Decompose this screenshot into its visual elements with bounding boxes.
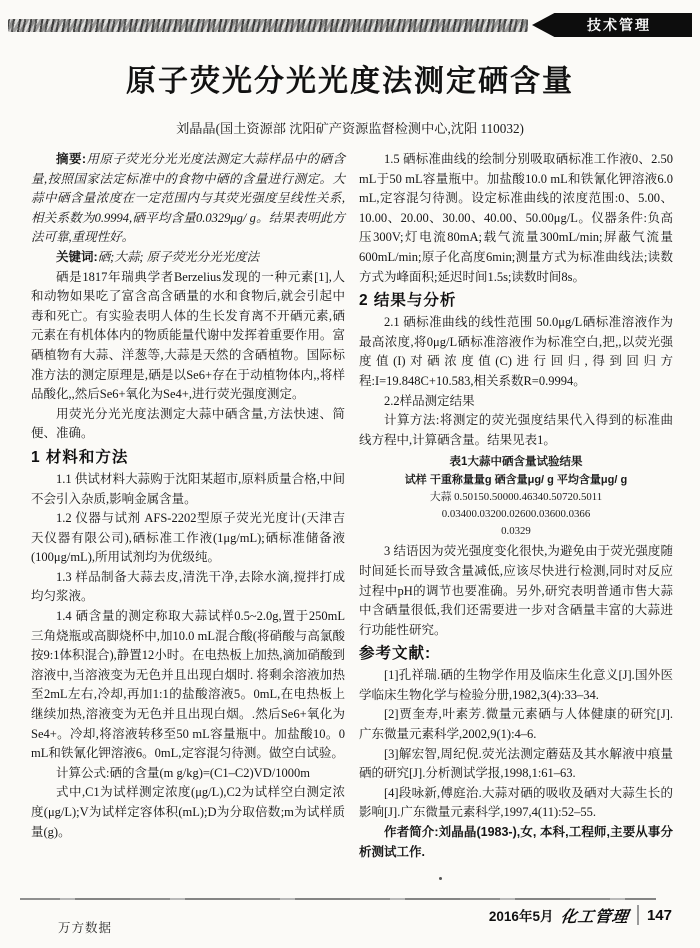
footer-journal-name: 化工管理 [560,904,631,927]
footer-rule [20,898,656,900]
right-column: 1.5 硒标准曲线的绘制分别吸取硒标准工作液0、2.50 mL于50 mL容量瓶… [359,150,673,862]
keywords-label: 关键词: [56,250,98,264]
paragraph-1-1: 1.1 供试材料大蒜购于沈阳某超市,原料质量合格,中间不会引入杂质,影响金属含量… [31,470,345,509]
paper-title: 原子荧光分光光度法测定硒含量 [0,56,700,100]
reference-3: [3]解宏智,周纪倪.荧光法测定蘑菇及其水解液中痕量硒的研究[J].分析测试学报… [359,745,673,784]
formula-line: 计算公式:硒的含量(m g/kg)=(C1–C2)VD/1000m [31,764,345,784]
scan-speck [439,877,442,880]
keywords: 关键词:硒;大蒜; 原子荧光分光光度法 [31,248,345,268]
formula-note: 式中,C1为试样测定浓度(μg/L),C2为试样空白测定浓度(μg/L);V为试… [31,783,345,842]
section-1-heading: 1 材料和方法 [31,446,345,469]
abstract-label: 摘要: [56,152,86,166]
column-badge-label: 技术管理 [587,15,651,35]
paragraph-1-2: 1.2 仪器与试剂 AFS-2202型原子荧光光度计(天津吉天仪器有限公司),硒… [31,509,345,568]
decorative-header-band [8,19,528,32]
paragraph-1-4: 1.4 硒含量的测定称取大蒜试样0.5~2.0g,置于250mL三角烧瓶或高脚烧… [31,607,345,764]
conclusion-paragraph: 3 结语因为荧光强度变化很快,为避免由于荧光强度随时间延长而导致含量减低,应该尽… [359,542,673,640]
table-1-caption: 表1大蒜中硒含量试验结果 [359,453,673,471]
keywords-text: 硒;大蒜; 原子荧光分光光度法 [98,250,259,264]
intro-paragraph-1: 硒是1817年瑞典学者Berzelius发现的一种元素[1],人和动物如果吃了富… [31,268,345,405]
section-2-heading: 2 结果与分析 [359,289,673,312]
footer-page-number: 147 [647,907,672,924]
author-affiliation: 刘晶晶(国土资源部 沈阳矿产资源监督检测中心,沈阳 110032) [0,118,700,137]
reference-2: [2]贾奎寿,叶素芳.微量元素硒与人体健康的研究[J]. 广东微量元素科学,20… [359,705,673,744]
two-column-body: 摘要:用原子荧光分光光度法测定大蒜样品中的硒含量,按照国家法定标准中的食物中硒的… [31,150,673,862]
footer-issue-date: 2016年5月 [489,905,554,925]
paragraph-2-2b: 计算方法:将测定的荧光强度结果代入得到的标准曲线方程中,计算硒含量。结果见表1。 [359,411,673,450]
reference-1: [1]孔祥瑞.硒的生物学作用及临床生化意义[J].国外医学临床生物化学与检验分册… [359,666,673,705]
intro-paragraph-2: 用荧光分光光度法测定大蒜中硒含量,方法快速、简便、准确。 [31,405,345,444]
abstract: 摘要:用原子荧光分光光度法测定大蒜样品中的硒含量,按照国家法定标准中的食物中硒的… [31,150,345,248]
reference-4: [4]段咏新,傅庭治.大蒜对硒的吸收及硒对大蒜生长的影响[J].广东微量元素科学… [359,784,673,823]
paragraph-1-5: 1.5 硒标准曲线的绘制分别吸取硒标准工作液0、2.50 mL于50 mL容量瓶… [359,150,673,287]
table-1-header-row: 试样 干重称量量g 硒含量μg/ g 平均含量μg/ g [359,471,673,489]
wanfang-watermark: 万方数据 [58,918,112,936]
references-heading: 参考文献: [359,642,673,665]
table-1-average-row: 0.0329 [359,523,673,540]
paper-page: 技术管理 原子荧光分光光度法测定硒含量 刘晶晶(国土资源部 沈阳矿产资源监督检测… [0,0,700,948]
column-badge: 技术管理 [532,13,692,37]
paragraph-2-2: 2.2样品测定结果 [359,392,673,412]
table-1: 表1大蒜中硒含量试验结果 试样 干重称量量g 硒含量μg/ g 平均含量μg/ … [359,453,673,540]
author-bio: 作者简介:刘晶晶(1983-),女, 本科,工程师,主要从事分析测试工作. [359,823,673,862]
footer-journal-info: 2016年5月 化工管理 147 [489,903,672,927]
footer-separator [637,905,639,925]
left-column: 摘要:用原子荧光分光光度法测定大蒜样品中的硒含量,按照国家法定标准中的食物中硒的… [31,150,345,862]
table-1-data-row: 大蒜 0.50150.50000.46340.50720.5011 0.0340… [359,489,673,523]
paragraph-2-1: 2.1 硒标准曲线的线性范围 50.0μg/L硒标准溶液作为最高浓度,将0μg/… [359,313,673,391]
paragraph-1-3: 1.3 样品制备大蒜去皮,清洗干净,去除水滴,搅拌打成均匀浆液。 [31,568,345,607]
